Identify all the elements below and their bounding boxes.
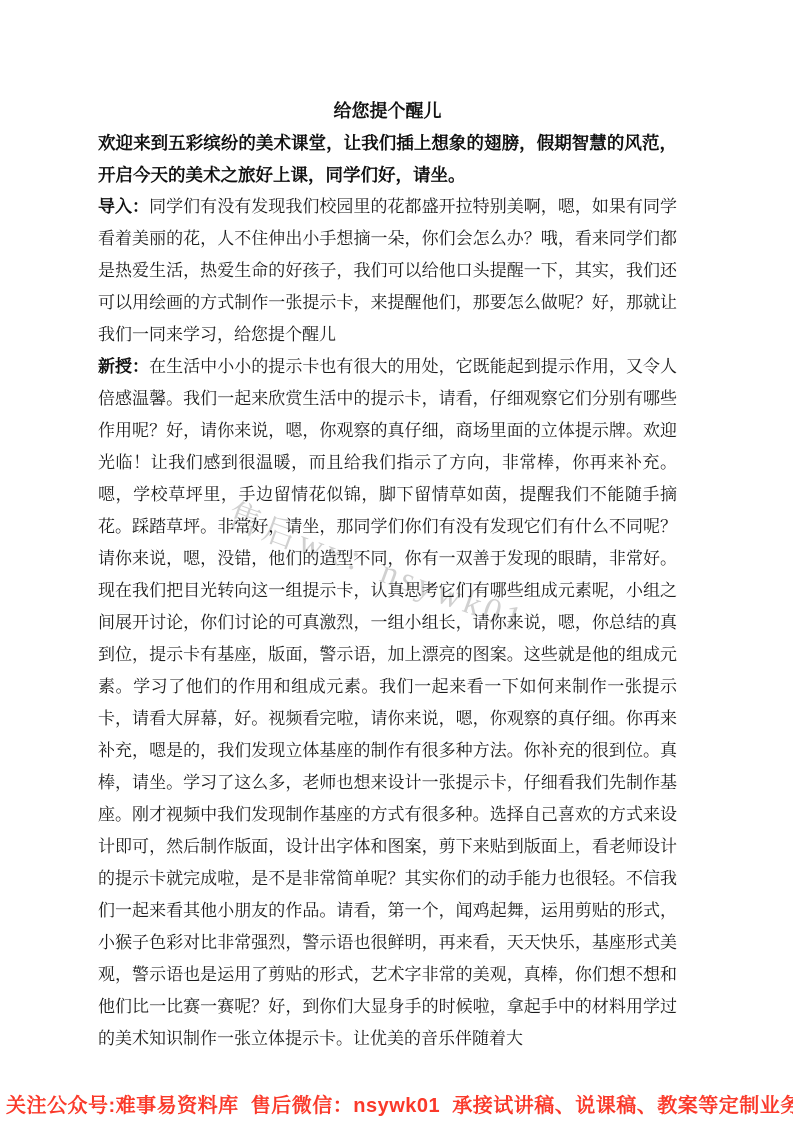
section-intro: 导入：同学们有没有发现我们校园里的花都盛开拉特别美啊，嗯，如果有同学看着美丽的花…	[98, 191, 677, 351]
section-new-lesson-label: 新授：	[98, 357, 149, 376]
opening-paragraph: 欢迎来到五彩缤纷的美术课堂，让我们插上想象的翅膀，假期智慧的风范，开启今天的美术…	[98, 127, 677, 191]
section-intro-text: 同学们有没有发现我们校园里的花都盛开拉特别美啊，嗯，如果有同学看着美丽的花，人不…	[98, 197, 677, 344]
section-new-lesson-text: 在生活中小小的提示卡也有很大的用处，它既能起到提示作用，又令人倍感温馨。我们一起…	[98, 357, 677, 1048]
footer-promo-text: 关注公众号:难事易资料库 售后微信：nsywk01 承接试讲稿、说课稿、教案等定…	[0, 1089, 793, 1118]
document-content: 给您提个醒儿 欢迎来到五彩缤纷的美术课堂，让我们插上想象的翅膀，假期智慧的风范，…	[98, 95, 677, 1055]
document-page: 售后wx：nsywk01 给您提个醒儿 欢迎来到五彩缤纷的美术课堂，让我们插上想…	[0, 0, 793, 1122]
section-new-lesson: 新授：在生活中小小的提示卡也有很大的用处，它既能起到提示作用，又令人倍感温馨。我…	[98, 351, 677, 1055]
document-title: 给您提个醒儿	[98, 95, 677, 127]
section-intro-label: 导入：	[98, 197, 149, 216]
